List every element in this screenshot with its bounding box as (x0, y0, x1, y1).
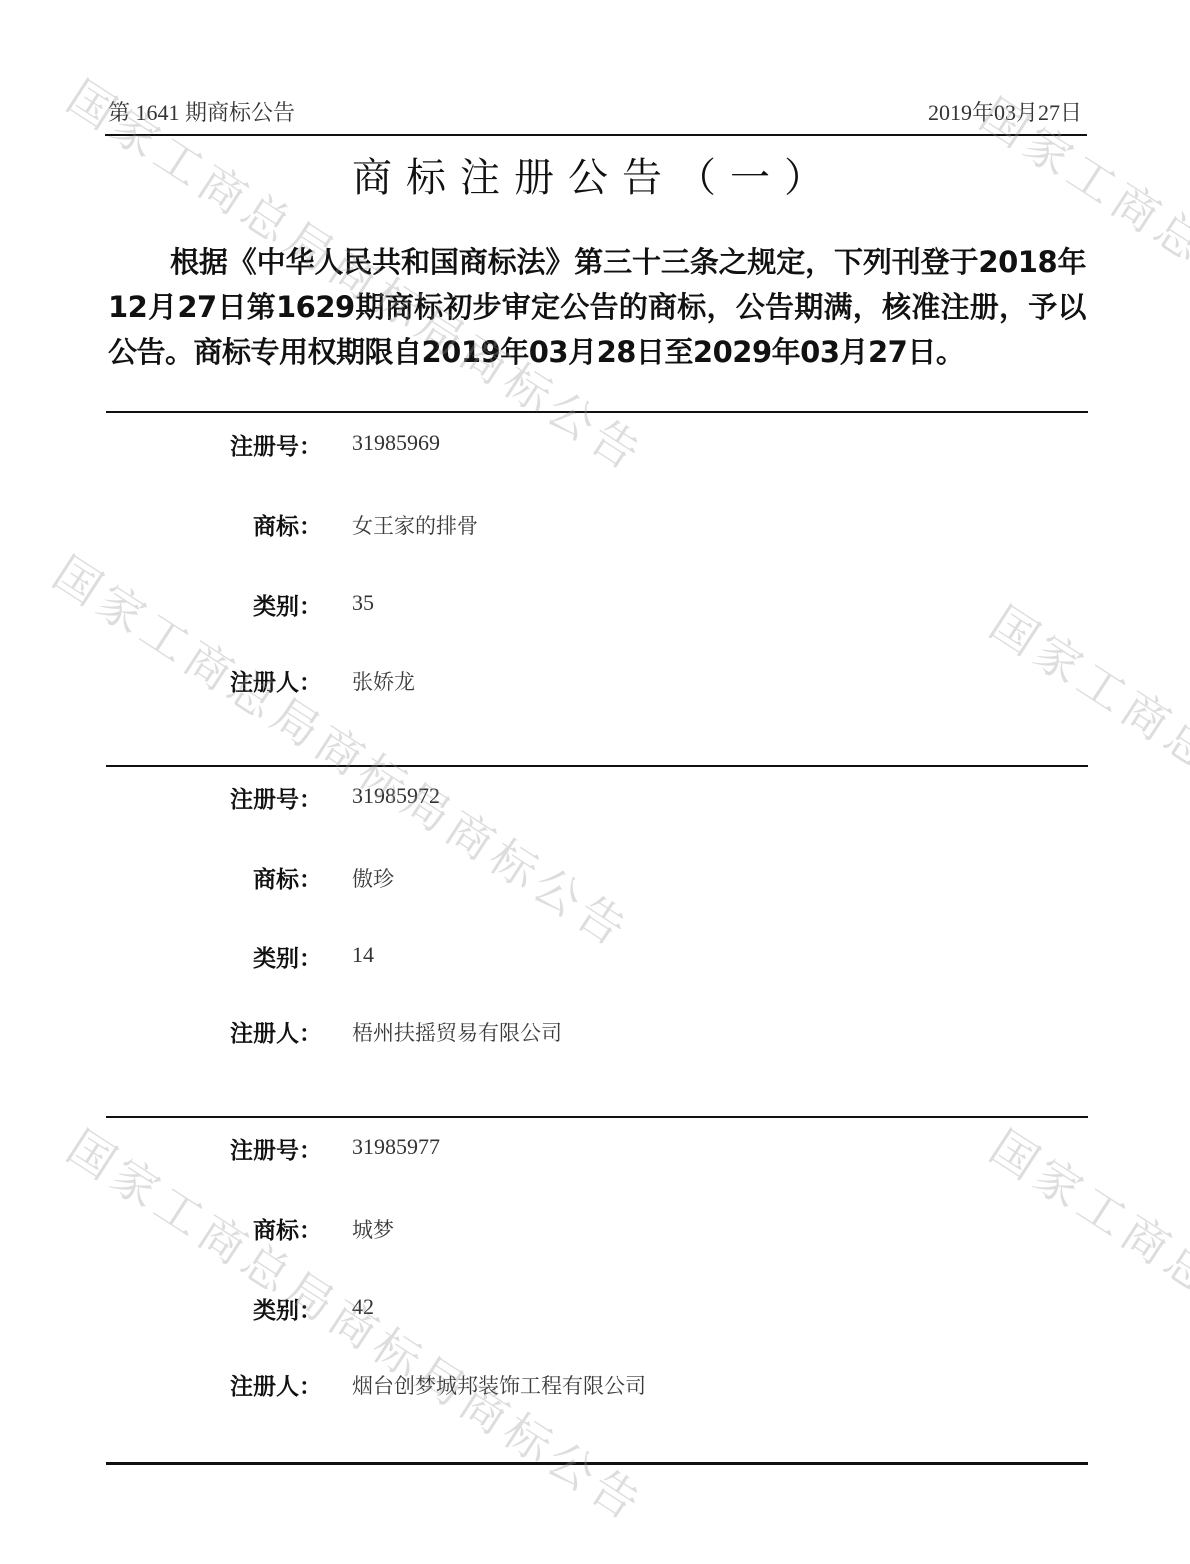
reg-no-label: 注册号： (230, 1132, 322, 1165)
class-value: 14 (352, 942, 374, 968)
gazette-page: 国家工商总局商标局商标公告 国家工商总 国家工商总局商标局商标公告 国家工商总 … (0, 0, 1190, 1564)
record-divider (106, 765, 1088, 767)
class-row: 类别： 42 (0, 1292, 1190, 1332)
intro-paragraph: 根据《中华人民共和国商标法》第三十三条之规定，下列刊登于2018年12月27日第… (108, 240, 1086, 375)
mark-label: 商标： (253, 1212, 322, 1245)
reg-no-row: 注册号： 31985972 (0, 781, 1190, 821)
mark-row: 商标： 城梦 (0, 1212, 1190, 1252)
class-label: 类别： (253, 940, 322, 973)
mark-row: 商标： 女王家的排骨 (0, 508, 1190, 548)
class-label: 类别： (253, 588, 322, 621)
mark-value: 女王家的排骨 (352, 510, 478, 540)
reg-no-label: 注册号： (230, 781, 322, 814)
registrant-value: 梧州扶摇贸易有限公司 (352, 1017, 562, 1047)
registrant-row: 注册人： 梧州扶摇贸易有限公司 (0, 1015, 1190, 1055)
reg-no-row: 注册号： 31985977 (0, 1132, 1190, 1172)
reg-no-row: 注册号： 31985969 (0, 428, 1190, 468)
mark-label: 商标： (253, 508, 322, 541)
issue-date: 2019年03月27日 (928, 96, 1082, 127)
registrant-label: 注册人： (230, 664, 322, 697)
issue-label: 第 1641 期商标公告 (108, 96, 295, 127)
registrant-label: 注册人： (230, 1015, 322, 1048)
class-row: 类别： 35 (0, 588, 1190, 628)
record-divider (106, 411, 1088, 413)
registrant-value: 烟台创梦城邦装饰工程有限公司 (352, 1370, 646, 1400)
record-divider (106, 1116, 1088, 1118)
registrant-row: 注册人： 张娇龙 (0, 664, 1190, 704)
registrant-value: 张娇龙 (352, 666, 415, 696)
reg-no-value: 31985977 (352, 1134, 440, 1160)
registrant-label: 注册人： (230, 1368, 322, 1401)
reg-no-value: 31985969 (352, 430, 440, 456)
page-title: 商标注册公告（一） (0, 146, 1190, 203)
class-value: 42 (352, 1294, 374, 1320)
mark-label: 商标： (253, 861, 322, 894)
header-divider (105, 134, 1087, 136)
mark-value: 城梦 (352, 1214, 394, 1244)
reg-no-value: 31985972 (352, 783, 440, 809)
mark-value: 傲珍 (352, 863, 394, 893)
mark-row: 商标： 傲珍 (0, 861, 1190, 901)
class-value: 35 (352, 590, 374, 616)
class-row: 类别： 14 (0, 940, 1190, 980)
registrant-row: 注册人： 烟台创梦城邦装饰工程有限公司 (0, 1368, 1190, 1408)
reg-no-label: 注册号： (230, 428, 322, 461)
bottom-divider (106, 1462, 1088, 1465)
class-label: 类别： (253, 1292, 322, 1325)
